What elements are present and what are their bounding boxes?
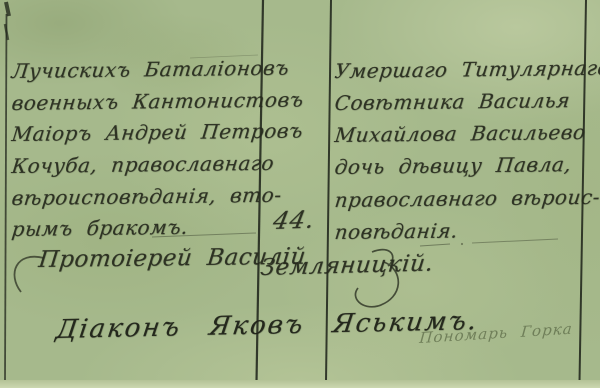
ink-blotch-top-left — [6, 2, 9, 16]
scan-edge-strip — [0, 380, 600, 388]
document-page: Лучискихъ Баталіоновъ военныхъ Кантонист… — [0, 0, 600, 388]
bride-line-2: Совѣтника Василья — [334, 89, 572, 114]
groom-line-4: Кочуба, православнаго — [11, 152, 276, 177]
dash-after-bride-text-2 — [472, 239, 558, 243]
bride-line-1: Умершаго Титулярнаго — [334, 57, 600, 82]
groom-line-1: Лучискихъ Баталіоновъ — [11, 57, 291, 82]
bride-line-6: повѣданія. — [334, 219, 460, 243]
ink-dot — [461, 243, 463, 245]
priest-signature-tail: Земляницкій. — [259, 251, 435, 281]
entry-number: 44. — [271, 207, 318, 235]
groom-line-3: Маіоръ Андрей Петровъ — [11, 119, 305, 145]
left-border-rule — [5, 14, 7, 381]
groom-line-6: рымъ бракомъ. — [11, 216, 190, 240]
groom-line-5: вѣроисповѣданія, вто- — [11, 184, 283, 209]
dash-after-bride-text-1 — [420, 244, 450, 246]
bride-line-3: Михайлова Васильево — [334, 121, 587, 146]
bride-line-4: дочь дѣвицу Павла, — [334, 153, 573, 178]
groom-line-2: военныхъ Кантонистовъ — [11, 88, 305, 114]
bride-line-5: православнаго вѣроис- — [334, 186, 600, 211]
